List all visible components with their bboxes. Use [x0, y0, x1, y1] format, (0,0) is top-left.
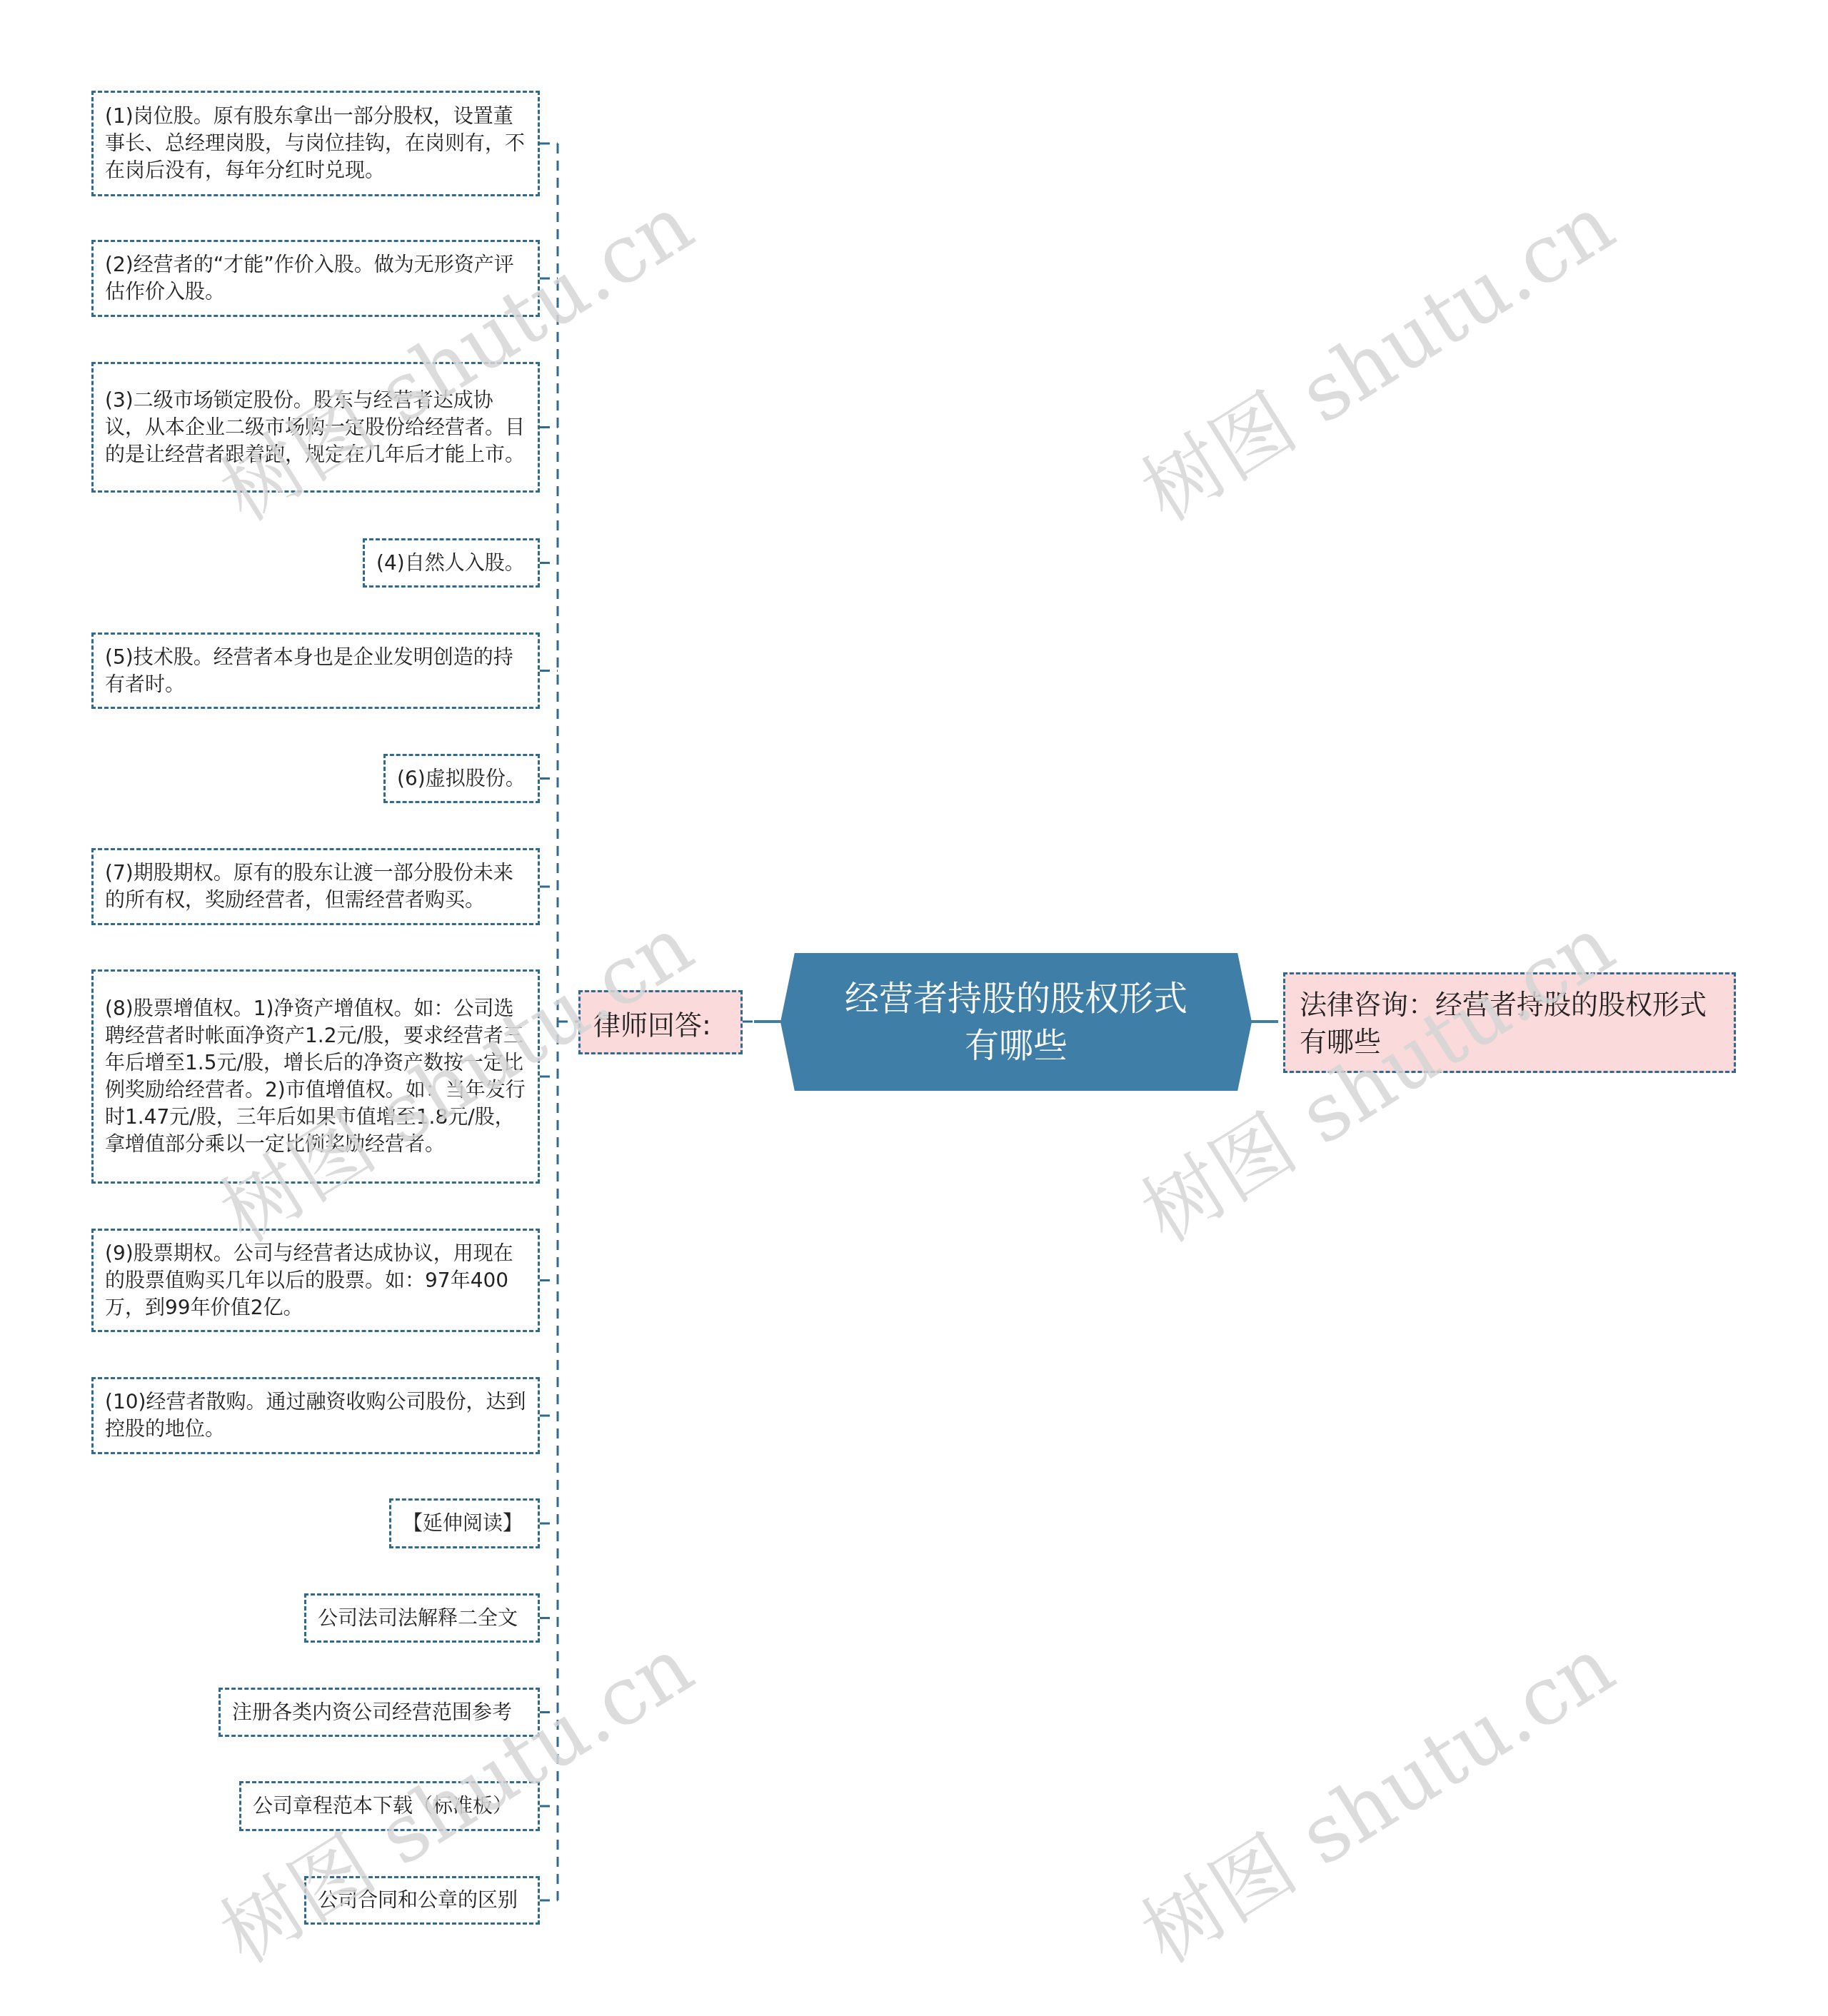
leaf-link-contract-seal[interactable]: 公司合同和公章的区别: [304, 1876, 540, 1925]
leaf-link-articles-template[interactable]: 公司章程范本下载（标准板）: [239, 1781, 540, 1831]
central-topic-title: 经营者持股的股权形式有哪些: [845, 975, 1187, 1069]
leaf-link-business-scope[interactable]: 注册各类内资公司经营范围参考: [219, 1688, 540, 1737]
leaf-item-2[interactable]: (2)经营者的“才能”作价入股。做为无形资产评估作价入股。: [91, 240, 540, 317]
central-topic-node[interactable]: 经营者持股的股权形式有哪些: [780, 953, 1252, 1091]
legal-consult-label: 法律咨询：经营者持股的股权形式有哪些: [1300, 986, 1719, 1060]
leaf-item-text: (4)自然人入股。: [376, 550, 525, 577]
leaf-item-5[interactable]: (5)技术股。经营者本身也是企业发明创造的持有者时。: [91, 632, 540, 709]
leaf-item-3[interactable]: (3)二级市场锁定股份。股东与经营者达成协议，从本企业二级市场购一定股份给经营者…: [91, 362, 540, 493]
leaf-extended-reading[interactable]: 【延伸阅读】: [389, 1498, 540, 1548]
leaf-item-text: (3)二级市场锁定股份。股东与经营者达成协议，从本企业二级市场购一定股份给经营者…: [105, 387, 528, 468]
leaf-item-text: (8)股票增值权。1)净资产增值权。如：公司选聘经营者时帐面净资产1.2元/股，…: [105, 995, 528, 1158]
mind-map-canvas: (1)岗位股。原有股东拿出一部分股权，设置董事长、总经理岗股，与岗位挂钩，在岗则…: [0, 0, 1828, 2016]
leaf-item-4[interactable]: (4)自然人入股。: [363, 538, 540, 588]
leaf-item-10[interactable]: (10)经营者散购。通过融资收购公司股份，达到控股的地位。: [91, 1377, 540, 1454]
leaf-item-text: (9)股票期权。公司与经营者达成协议，用现在的股票值购买几年以后的股票。如：97…: [105, 1240, 528, 1321]
leaf-item-text: (2)经营者的“才能”作价入股。做为无形资产评估作价入股。: [105, 251, 528, 306]
leaf-item-7[interactable]: (7)期股期权。原有的股东让渡一部分股份未来的所有权，奖励经营者，但需经营者购买…: [91, 848, 540, 925]
lawyer-answer-label: 律师回答:: [593, 1003, 711, 1042]
lawyer-answer-node[interactable]: 律师回答:: [578, 990, 743, 1054]
leaf-item-text: (6)虚拟股份。: [397, 765, 526, 792]
leaf-item-text: (5)技术股。经营者本身也是企业发明创造的持有者时。: [105, 644, 528, 698]
leaf-item-9[interactable]: (9)股票期权。公司与经营者达成协议，用现在的股票值购买几年以后的股票。如：97…: [91, 1229, 540, 1332]
leaf-item-6[interactable]: (6)虚拟股份。: [383, 754, 540, 803]
leaf-item-text: 公司章程范本下载（标准板）: [253, 1793, 513, 1820]
leaf-item-text: 公司合同和公章的区别: [318, 1887, 518, 1914]
leaf-item-text: 注册各类内资公司经营范围参考: [232, 1699, 512, 1726]
leaf-item-text: 公司法司法解释二全文: [318, 1605, 518, 1632]
leaf-item-1[interactable]: (1)岗位股。原有股东拿出一部分股权，设置董事长、总经理岗股，与岗位挂钩，在岗则…: [91, 91, 540, 196]
legal-consult-node[interactable]: 法律咨询：经营者持股的股权形式有哪些: [1283, 972, 1736, 1073]
leaf-item-text: (1)岗位股。原有股东拿出一部分股权，设置董事长、总经理岗股，与岗位挂钩，在岗则…: [105, 103, 528, 184]
leaf-link-company-law[interactable]: 公司法司法解释二全文: [304, 1593, 540, 1643]
leaf-item-8[interactable]: (8)股票增值权。1)净资产增值权。如：公司选聘经营者时帐面净资产1.2元/股，…: [91, 969, 540, 1184]
leaf-item-text: (10)经营者散购。通过融资收购公司股份，达到控股的地位。: [105, 1388, 528, 1443]
leaf-item-text: (7)期股期权。原有的股东让渡一部分股份未来的所有权，奖励经营者，但需经营者购买…: [105, 860, 528, 914]
leaf-item-text: 【延伸阅读】: [403, 1510, 523, 1537]
